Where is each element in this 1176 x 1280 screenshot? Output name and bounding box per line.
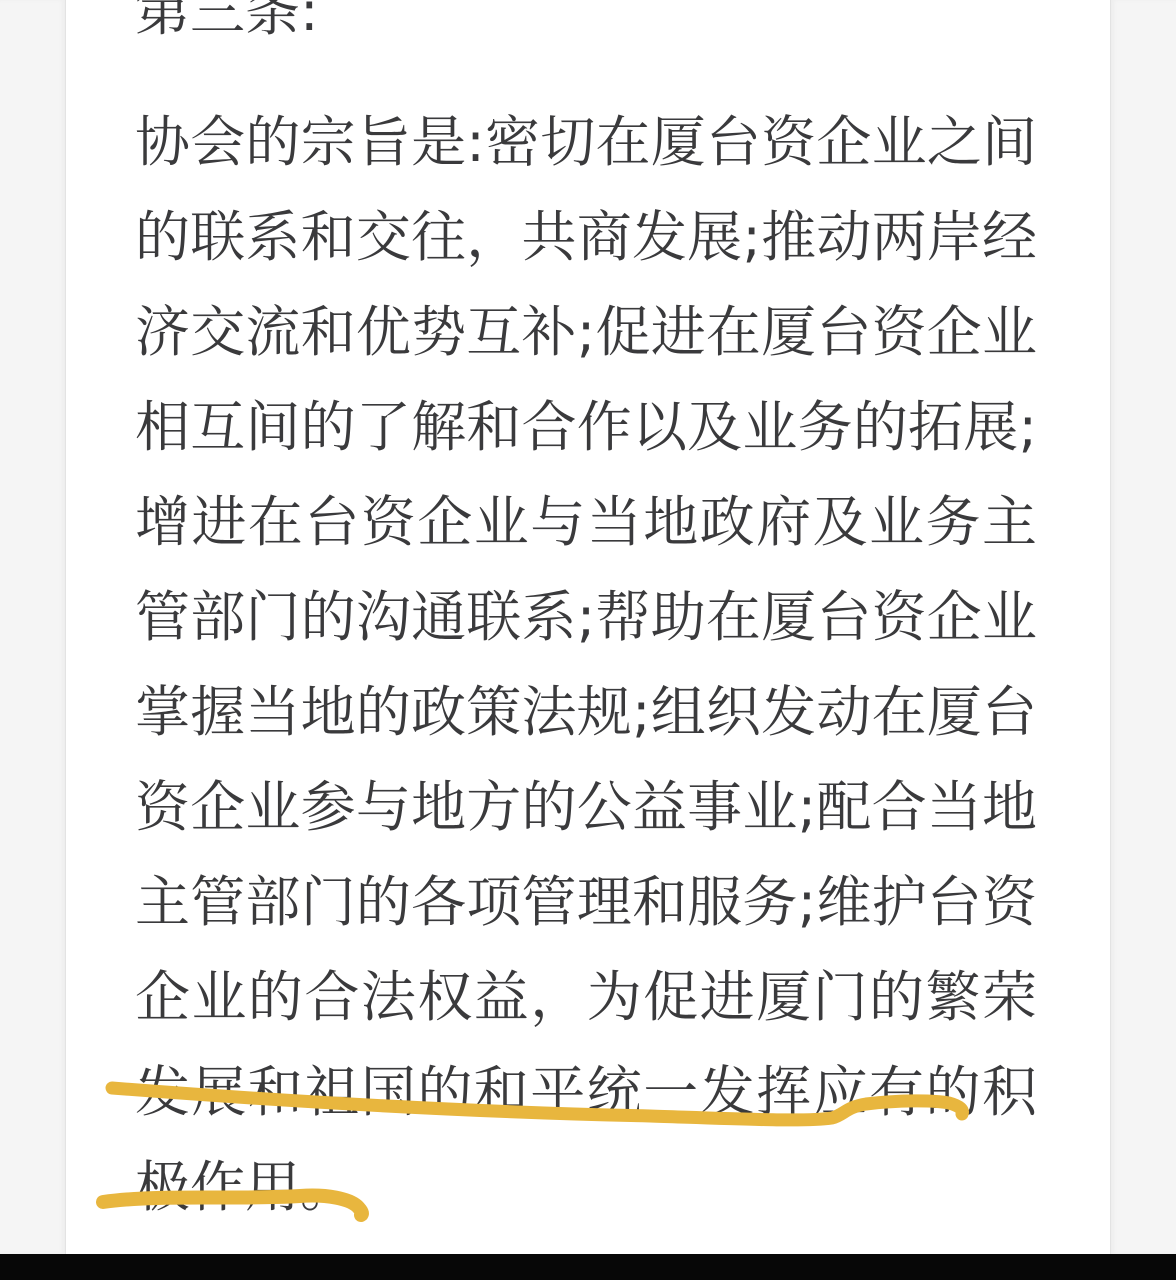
paragraph-line: 掌握当地的政策法规;组织发动在厦台: [135, 665, 1037, 760]
document-content-area: 第三条: 协会的宗旨是:密切在厦台资企业之间 的联系和交往，共商发展;推动两岸经…: [66, 0, 1110, 1254]
paragraph-line: 主管部门的各项管理和服务;维护台资: [135, 855, 1037, 950]
paragraph-line: 的联系和交往，共商发展;推动两岸经: [135, 190, 1037, 285]
page-left-margin: [0, 0, 66, 1254]
bottom-black-bar: [0, 1254, 1176, 1280]
paragraph-line: 发展和祖国的和平统一发挥应有的积: [135, 1045, 1037, 1140]
paragraph-line: 极作用。: [135, 1140, 1037, 1235]
paragraph-line: 相互间的了解和合作以及业务的拓展;: [135, 380, 1037, 475]
paragraph-line: 企业的合法权益，为促进厦门的繁荣: [135, 950, 1037, 1045]
document-page: 第三条: 协会的宗旨是:密切在厦台资企业之间 的联系和交往，共商发展;推动两岸经…: [0, 0, 1176, 1280]
paragraph-line: 协会的宗旨是:密切在厦台资企业之间: [135, 95, 1037, 190]
paragraph-line: 济交流和优势互补;促进在厦台资企业: [135, 285, 1037, 380]
paragraph-line: 管部门的沟通联系;帮助在厦台资企业: [135, 570, 1037, 665]
paragraph-line: 资企业参与地方的公益事业;配合当地: [135, 760, 1037, 855]
page-right-margin: [1110, 0, 1176, 1254]
paragraph-line: 增进在台资企业与当地政府及业务主: [135, 475, 1037, 570]
article-body: 协会的宗旨是:密切在厦台资企业之间 的联系和交往，共商发展;推动两岸经 济交流和…: [135, 95, 1037, 1235]
article-heading: 第三条:: [135, 0, 1037, 59]
